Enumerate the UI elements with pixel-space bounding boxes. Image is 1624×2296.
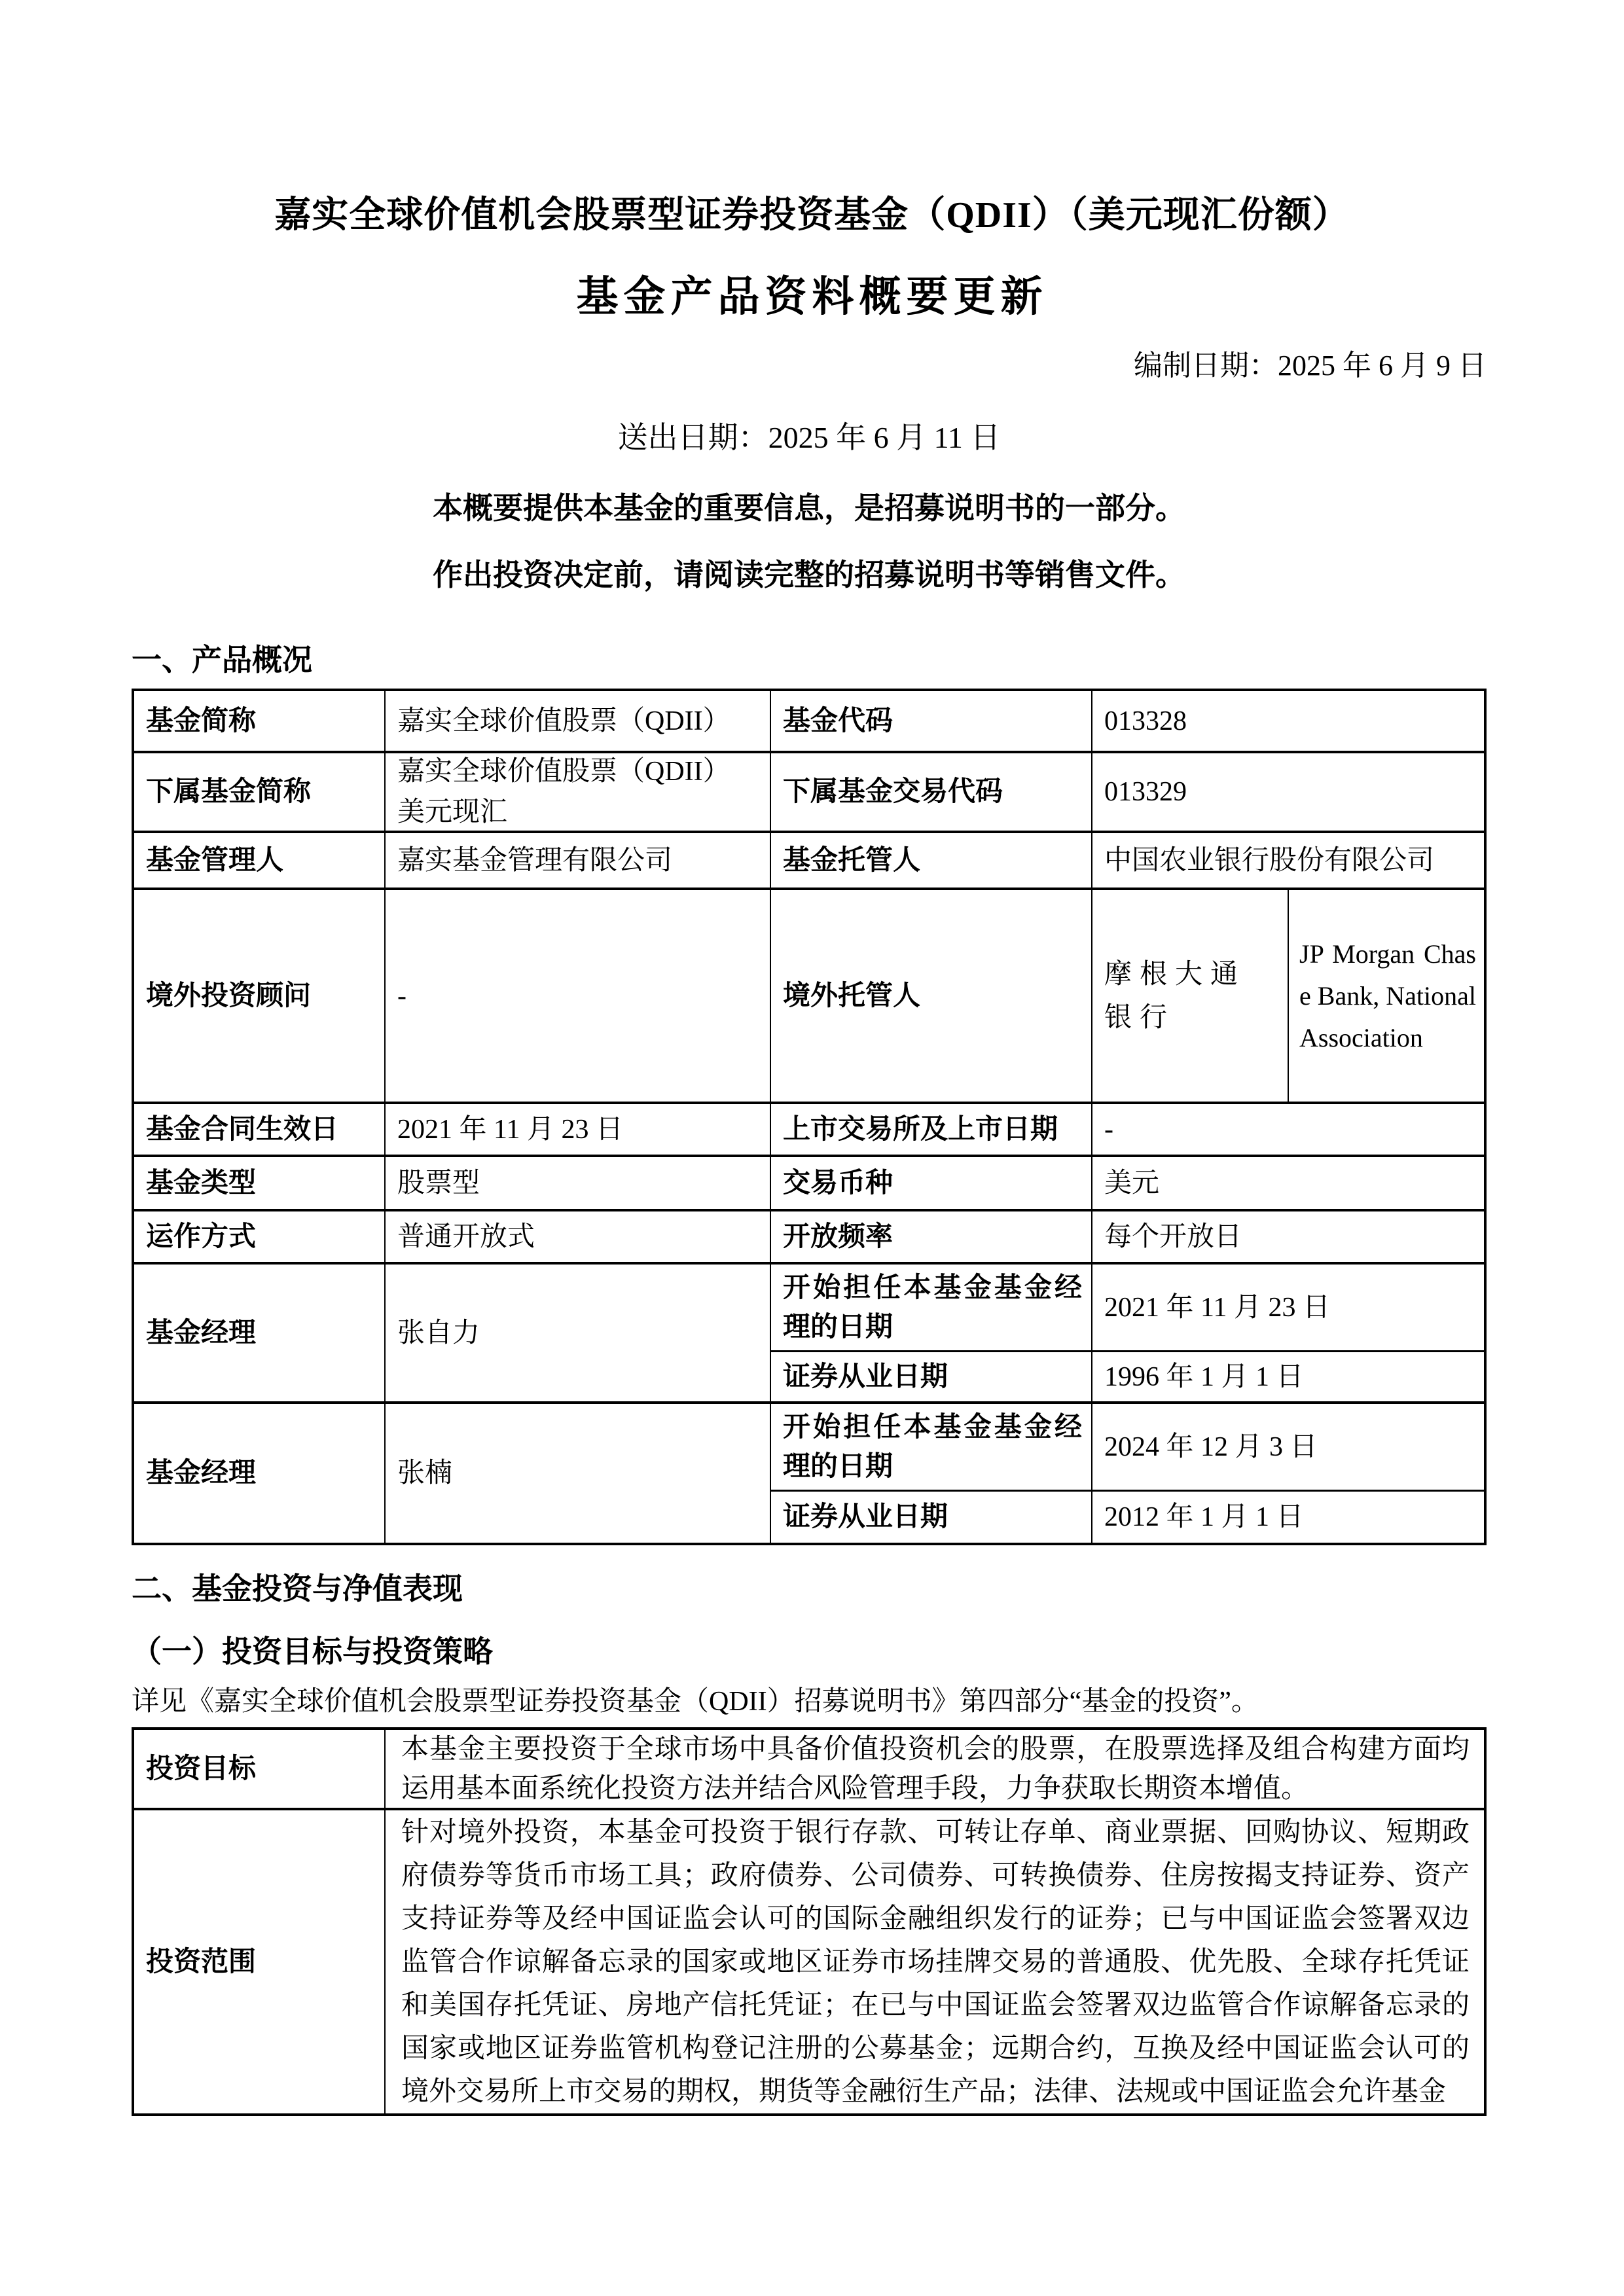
manager-1-start-date-row: 开始担任本基金基金经理的日期 2021 年 11 月 23 日 xyxy=(771,1265,1484,1352)
table-row-fund-type: 基金类型 股票型 交易币种 美元 xyxy=(134,1157,1484,1211)
investment-scope-text: 针对境外投资，本基金可投资于银行存款、可转让存单、商业票据、回购协议、短期政府债… xyxy=(386,1810,1484,2113)
fund-short-name-value: 嘉实全球价值股票（QDII） xyxy=(386,691,771,751)
investment-objective-label: 投资目标 xyxy=(134,1730,386,1808)
manager-2-start-date-row: 开始担任本基金基金经理的日期 2024 年 12 月 3 日 xyxy=(771,1404,1484,1492)
trade-currency-label: 交易币种 xyxy=(771,1157,1092,1209)
overseas-custodian-cn-name: 摩根大通银行 xyxy=(1092,890,1289,1102)
operation-mode-label: 运作方式 xyxy=(134,1211,386,1262)
product-overview-table: 基金简称 嘉实全球价值股票（QDII） 基金代码 013328 下属基金简称 嘉… xyxy=(132,689,1487,1545)
contract-effective-date-value: 2021 年 11 月 23 日 xyxy=(386,1104,771,1155)
manager-2-career-date-label: 证券从业日期 xyxy=(771,1492,1092,1543)
fund-name-title: 嘉实全球价值机会股票型证券投资基金（QDII）（美元现汇份额） xyxy=(0,188,1624,242)
manager-2-start-date-value: 2024 年 12 月 3 日 xyxy=(1092,1404,1484,1490)
document-page: 嘉实全球价值机会股票型证券投资基金（QDII）（美元现汇份额） 基金产品资料概要… xyxy=(0,0,1624,2296)
fund-code-label: 基金代码 xyxy=(771,691,1092,751)
listing-exchange-label: 上市交易所及上市日期 xyxy=(771,1104,1092,1155)
section-2-heading: 二、基金投资与净值表现 xyxy=(132,1569,1487,1609)
fund-type-label: 基金类型 xyxy=(134,1157,386,1209)
table-row-fund-short-name: 基金简称 嘉实全球价值股票（QDII） 基金代码 013328 xyxy=(134,691,1484,753)
fund-manager-2-label: 基金经理 xyxy=(134,1404,386,1543)
open-frequency-label: 开放频率 xyxy=(771,1211,1092,1262)
fund-manager-company-label: 基金管理人 xyxy=(134,833,386,888)
fund-manager-1-label: 基金经理 xyxy=(134,1265,386,1401)
investment-table: 投资目标 本基金主要投资于全球市场中具备价值投资机会的股票，在股票选择及组合构建… xyxy=(132,1727,1487,2116)
operation-mode-value: 普通开放式 xyxy=(386,1211,771,1262)
manager-2-start-date-label: 开始担任本基金基金经理的日期 xyxy=(771,1404,1092,1490)
fund-manager-1-name: 张自力 xyxy=(386,1265,771,1401)
notice-line-2: 作出投资决定前，请阅读完整的招募说明书等销售文件。 xyxy=(132,554,1487,597)
overseas-custodian-label: 境外托管人 xyxy=(771,890,1092,1102)
overseas-advisor-value: - xyxy=(386,890,771,1102)
overseas-custodian-en-name: JP Morgan Chase Bank, National Associati… xyxy=(1289,890,1484,1102)
fund-custodian-label: 基金托管人 xyxy=(771,833,1092,888)
prospectus-reference-note: 详见《嘉实全球价值机会股票型证券投资基金（QDII）招募说明书》第四部分“基金的… xyxy=(132,1681,1487,1722)
manager-1-career-date-value: 1996 年 1 月 1 日 xyxy=(1092,1352,1484,1401)
manager-1-start-date-value: 2021 年 11 月 23 日 xyxy=(1092,1265,1484,1350)
manager-1-start-date-label: 开始担任本基金基金经理的日期 xyxy=(771,1265,1092,1350)
subfund-trade-code-label: 下属基金交易代码 xyxy=(771,753,1092,831)
table-row-subfund-short-name: 下属基金简称 嘉实全球价值股票（QDII） 美元现汇 下属基金交易代码 0133… xyxy=(134,753,1484,833)
prepared-date: 编制日期：2025 年 6 月 9 日 xyxy=(132,346,1487,386)
fund-short-name-label: 基金简称 xyxy=(134,691,386,751)
trade-currency-value: 美元 xyxy=(1092,1157,1484,1209)
subfund-trade-code-value: 013329 xyxy=(1092,753,1484,831)
table-row-effective-date: 基金合同生效日 2021 年 11 月 23 日 上市交易所及上市日期 - xyxy=(134,1104,1484,1157)
manager-1-career-date-row: 证券从业日期 1996 年 1 月 1 日 xyxy=(771,1352,1484,1401)
overseas-advisor-label: 境外投资顾问 xyxy=(134,890,386,1102)
investment-scope-label: 投资范围 xyxy=(134,1810,386,2113)
subfund-short-name-label: 下属基金简称 xyxy=(134,753,386,831)
table-row-investment-objective: 投资目标 本基金主要投资于全球市场中具备价值投资机会的股票，在股票选择及组合构建… xyxy=(134,1730,1484,1810)
manager-2-career-date-row: 证券从业日期 2012 年 1 月 1 日 xyxy=(771,1492,1484,1543)
overseas-custodian-value: 摩根大通银行 JP Morgan Chase Bank, National As… xyxy=(1092,890,1484,1102)
section-1-heading: 一、产品概况 xyxy=(132,640,1487,681)
open-frequency-value: 每个开放日 xyxy=(1092,1211,1484,1262)
manager-2-career-date-value: 2012 年 1 月 1 日 xyxy=(1092,1492,1484,1543)
fund-manager-2-details: 开始担任本基金基金经理的日期 2024 年 12 月 3 日 证券从业日期 20… xyxy=(771,1404,1484,1543)
fund-custodian-value: 中国农业银行股份有限公司 xyxy=(1092,833,1484,888)
fund-manager-1-details: 开始担任本基金基金经理的日期 2021 年 11 月 23 日 证券从业日期 1… xyxy=(771,1265,1484,1401)
table-row-investment-scope: 投资范围 针对境外投资，本基金可投资于银行存款、可转让存单、商业票据、回购协议、… xyxy=(134,1810,1484,2113)
investment-objective-text: 本基金主要投资于全球市场中具备价值投资机会的股票，在股票选择及组合构建方面均运用… xyxy=(386,1730,1484,1808)
fund-manager-2-name: 张楠 xyxy=(386,1404,771,1543)
sent-date: 送出日期：2025 年 6 月 11 日 xyxy=(132,418,1487,458)
table-row-manager-custodian: 基金管理人 嘉实基金管理有限公司 基金托管人 中国农业银行股份有限公司 xyxy=(134,833,1484,890)
notice-line-1: 本概要提供本基金的重要信息，是招募说明书的一部分。 xyxy=(132,487,1487,530)
table-row-manager-1: 基金经理 张自力 开始担任本基金基金经理的日期 2021 年 11 月 23 日… xyxy=(134,1265,1484,1404)
fund-manager-company-value: 嘉实基金管理有限公司 xyxy=(386,833,771,888)
subfund-short-name-value: 嘉实全球价值股票（QDII） 美元现汇 xyxy=(386,753,771,831)
fund-type-value: 股票型 xyxy=(386,1157,771,1209)
table-row-overseas: 境外投资顾问 - 境外托管人 摩根大通银行 JP Morgan Chase Ba… xyxy=(134,890,1484,1104)
manager-1-career-date-label: 证券从业日期 xyxy=(771,1352,1092,1401)
doc-type-subtitle: 基金产品资料概要更新 xyxy=(0,267,1624,327)
table-row-operation-mode: 运作方式 普通开放式 开放频率 每个开放日 xyxy=(134,1211,1484,1265)
contract-effective-date-label: 基金合同生效日 xyxy=(134,1104,386,1155)
fund-code-value: 013328 xyxy=(1092,691,1484,751)
section-2-subheading: （一）投资目标与投资策略 xyxy=(132,1632,1487,1672)
listing-exchange-value: - xyxy=(1092,1104,1484,1155)
table-row-manager-2: 基金经理 张楠 开始担任本基金基金经理的日期 2024 年 12 月 3 日 证… xyxy=(134,1404,1484,1543)
